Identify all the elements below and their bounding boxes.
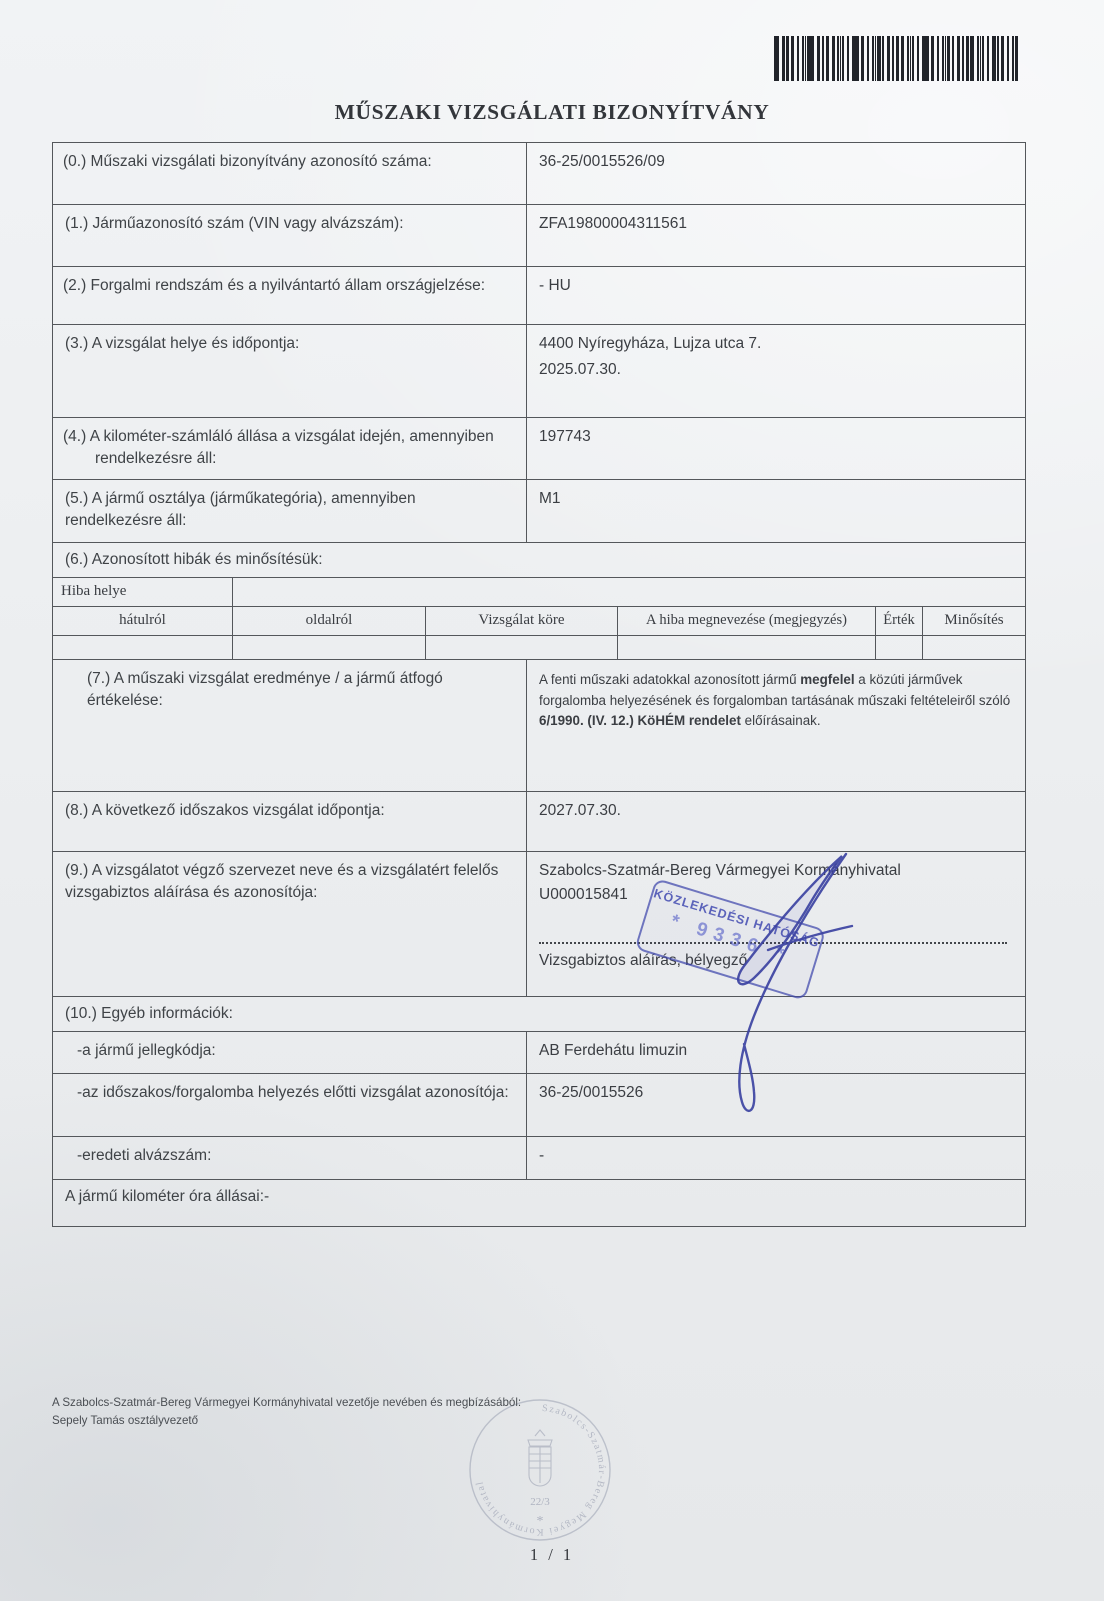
- inspection-date: 2025.07.30.: [539, 359, 1015, 381]
- inspection-result-text: A fenti műszaki adatokkal azonosított já…: [539, 668, 1015, 732]
- row0-value: 36-25/0015526/09: [527, 143, 1025, 204]
- col-hatulrol: hátulról: [53, 607, 233, 635]
- row2-label: (2.) Forgalmi rendszám és a nyilvántartó…: [53, 267, 527, 324]
- row3-label: (3.) A vizsgálat helye és időpontja:: [53, 325, 527, 417]
- col-vizsgalat-kore: Vizsgálat köre: [426, 607, 618, 635]
- inspection-place: 4400 Nyíregyháza, Lujza utca 7.: [539, 333, 1015, 355]
- defects-merged-cell: [233, 578, 1025, 606]
- col-oldalrol: oldalról: [233, 607, 426, 635]
- row5-value: M1: [527, 480, 1025, 542]
- defects-empty-row: [53, 635, 1025, 659]
- col-hiba-helye: Hiba helye: [53, 578, 233, 606]
- row1-value: ZFA19800004311561: [527, 205, 1025, 266]
- inspector-signature: [620, 830, 880, 1125]
- table-row: (7.) A műszaki vizsgálat eredménye / a j…: [53, 659, 1025, 791]
- defects-header-row1: Hiba helye: [53, 577, 1025, 606]
- round-stamp-star: *: [537, 1514, 544, 1529]
- barcode: [774, 36, 1018, 81]
- row3-value: 4400 Nyíregyháza, Lujza utca 7. 2025.07.…: [527, 325, 1025, 417]
- defects-header-row2: hátulról oldalról Vizsgálat köre A hiba …: [53, 606, 1025, 635]
- table-row: A jármű kilométer óra állásai:-: [53, 1179, 1025, 1226]
- defects-heading: (6.) Azonosított hibák és minősítésük:: [53, 543, 1025, 577]
- table-row: -eredeti alvázszám: -: [53, 1136, 1025, 1179]
- table-row: (5.) A jármű osztálya (járműkategória), …: [53, 479, 1025, 542]
- row7-label: (7.) A műszaki vizsgálat eredménye / a j…: [53, 660, 527, 791]
- row7-value: A fenti műszaki adatokkal azonosított já…: [527, 660, 1025, 791]
- row4-label: (4.) A kilométer-számláló állása a vizsg…: [53, 418, 527, 479]
- scanned-certificate-page: MŰSZAKI VIZSGÁLATI BIZONYÍTVÁNY (0.) Műs…: [0, 0, 1104, 1601]
- page-title: MŰSZAKI VIZSGÁLATI BIZONYÍTVÁNY: [0, 100, 1104, 125]
- table-row: (0.) Műszaki vizsgálati bizonyítvány azo…: [53, 143, 1025, 204]
- footer-line1: A Szabolcs-Szatmár-Bereg Vármegyei Kormá…: [52, 1394, 672, 1412]
- row5-label: (5.) A jármű osztálya (járműkategória), …: [53, 480, 527, 542]
- page-number: 1 / 1: [0, 1545, 1104, 1565]
- row1-label: (1.) Járműazonosító szám (VIN vagy alváz…: [53, 205, 527, 266]
- coat-of-arms-icon: [528, 1430, 552, 1486]
- row2-value: - HU: [527, 267, 1025, 324]
- table-row: (4.) A kilométer-számláló állása a vizsg…: [53, 417, 1025, 479]
- defects-table: Hiba helye hátulról oldalról Vizsgálat k…: [53, 577, 1025, 659]
- table-row: (1.) Járműazonosító szám (VIN vagy alváz…: [53, 204, 1025, 266]
- row8-label: (8.) A következő időszakos vizsgálat idő…: [53, 792, 527, 851]
- row4-value: 197743: [527, 418, 1025, 479]
- col-ertek: Érték: [876, 607, 923, 635]
- footer-note: A Szabolcs-Szatmár-Bereg Vármegyei Kormá…: [52, 1394, 672, 1430]
- table-row: (3.) A vizsgálat helye és időpontja: 440…: [53, 324, 1025, 417]
- col-megnevezes: A hiba megnevezése (megjegyzés): [618, 607, 876, 635]
- row12-label: -az időszakos/forgalomba helyezés előtti…: [53, 1074, 527, 1136]
- row13-value: -: [527, 1137, 1025, 1179]
- footer-line2: Sepely Tamás osztályvezető: [52, 1412, 672, 1430]
- row13-label: -eredeti alvázszám:: [53, 1137, 527, 1179]
- col-minosites: Minősítés: [923, 607, 1025, 635]
- table-row: (2.) Forgalmi rendszám és a nyilvántartó…: [53, 266, 1025, 324]
- round-stamp-code: 22/3: [530, 1496, 550, 1508]
- row11-label: -a jármű jellegkódja:: [53, 1032, 527, 1073]
- row9-label: (9.) A vizsgálatot végző szervezet neve …: [53, 852, 527, 996]
- table-row: (6.) Azonosított hibák és minősítésük:: [53, 542, 1025, 577]
- row0-label: (0.) Műszaki vizsgálati bizonyítvány azo…: [53, 143, 527, 204]
- odometer-readings-heading: A jármű kilométer óra állásai:-: [53, 1180, 1025, 1226]
